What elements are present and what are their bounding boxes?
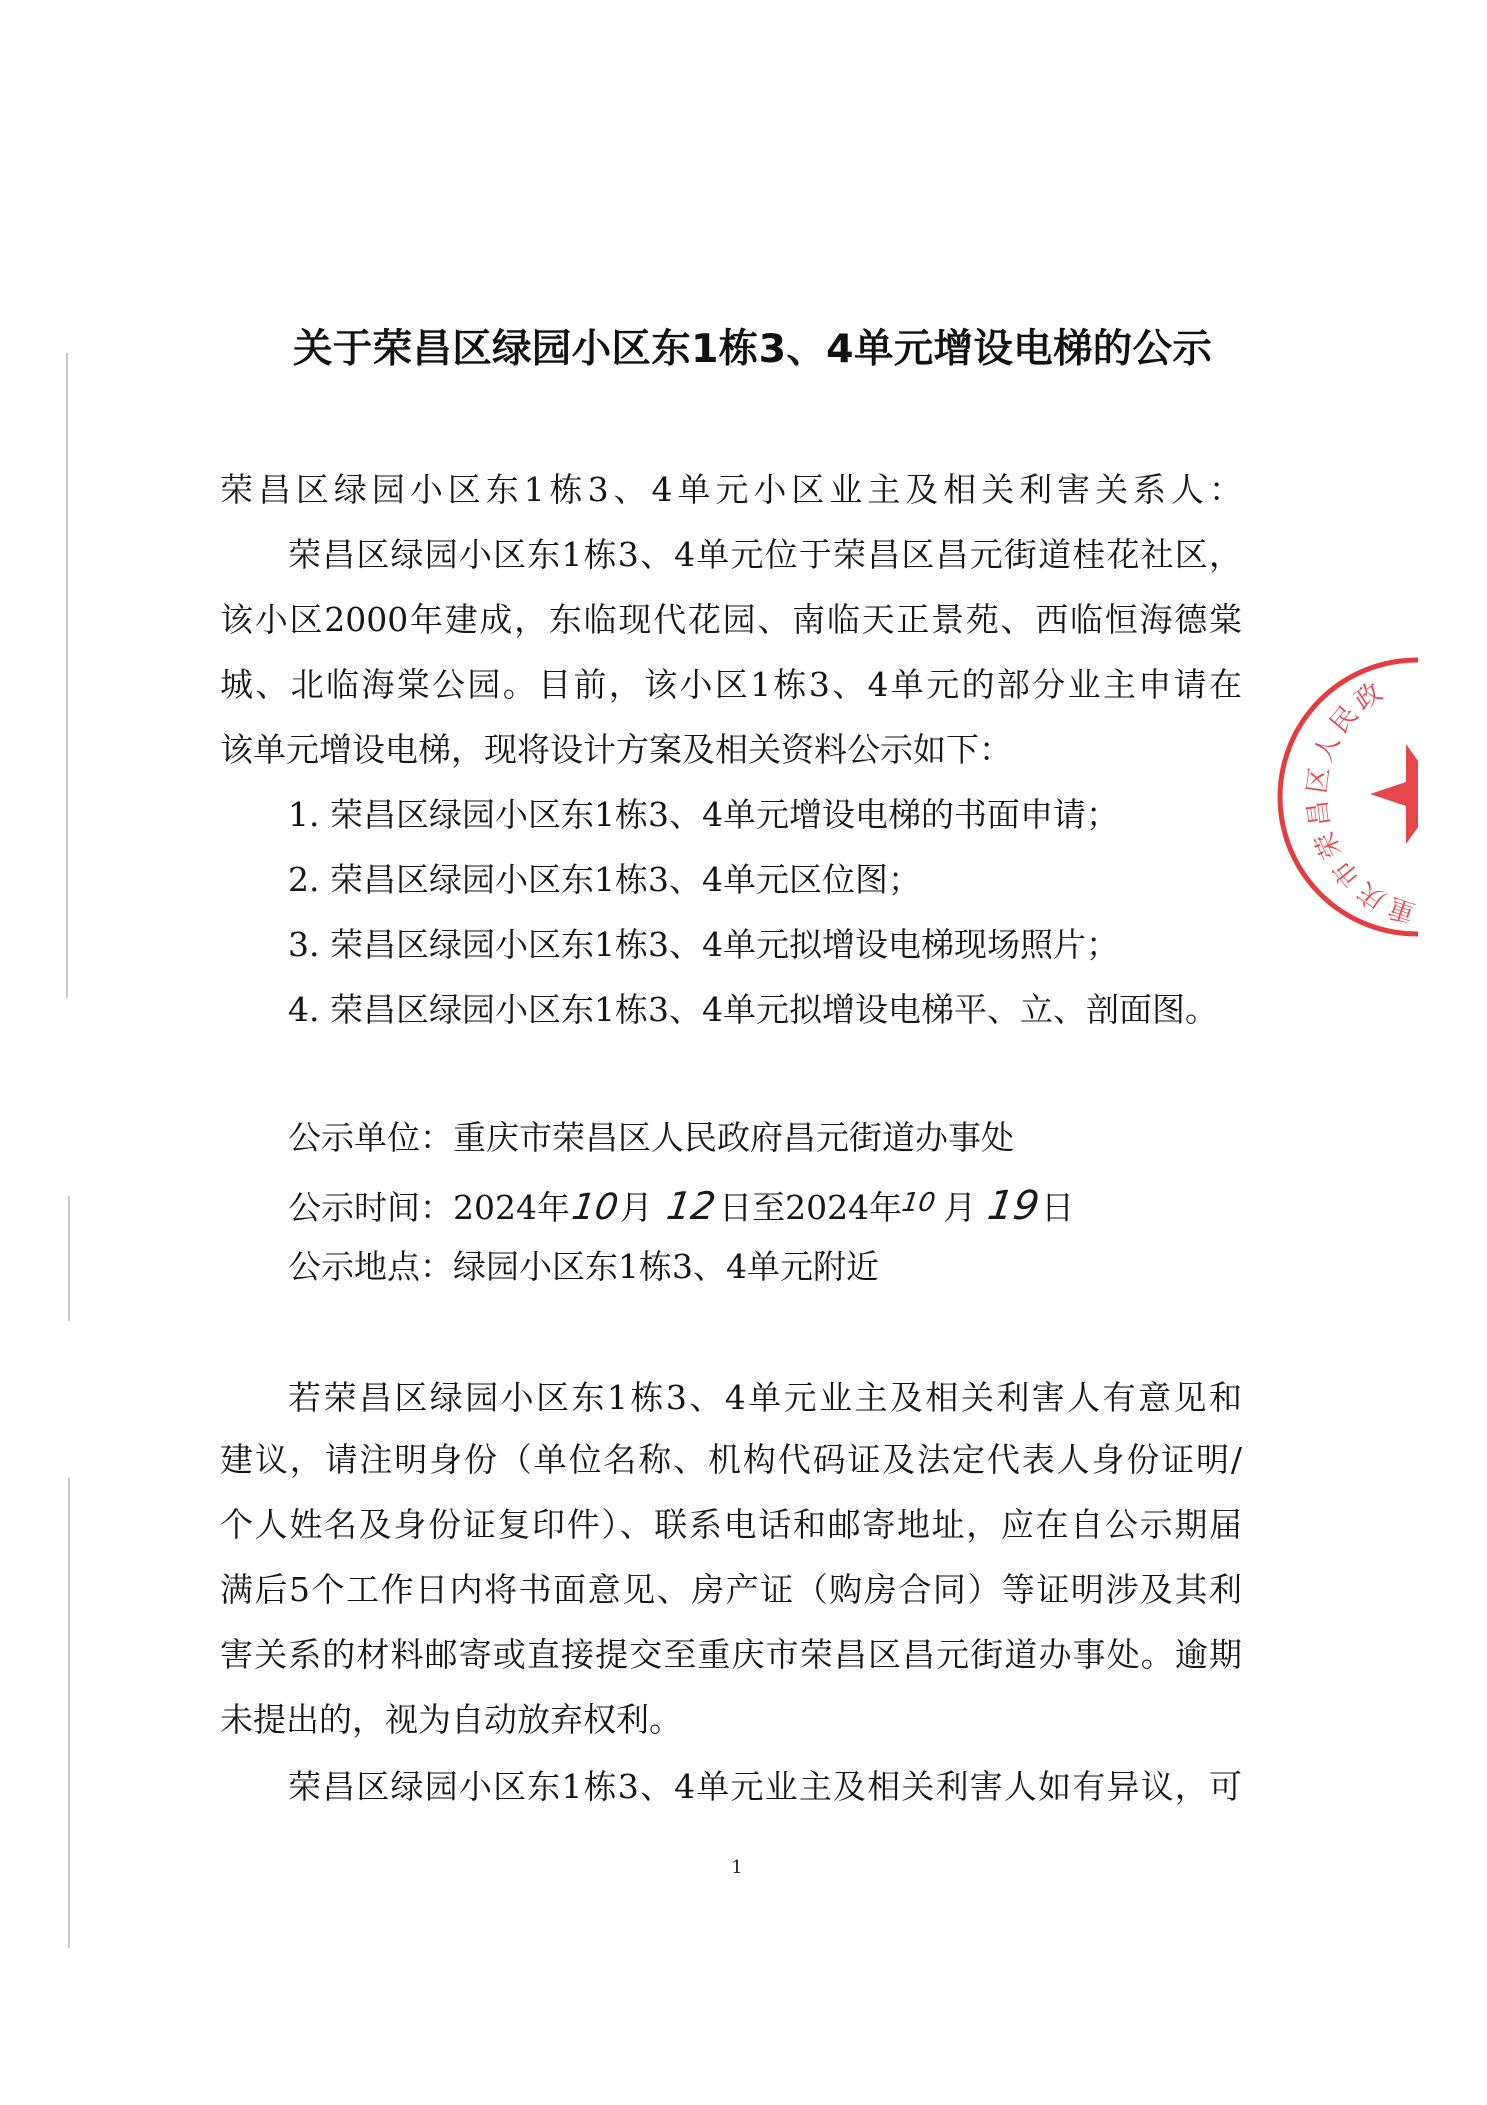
objection-line: 害关系的材料邮寄或直接提交至重庆市荣昌区昌元街道办事处。逾期 — [220, 1633, 1242, 1677]
notice-place-label: 公示地点： — [288, 1247, 453, 1286]
handwritten-end-day: 19 — [985, 1184, 1042, 1228]
handwritten-end-month: 10 — [899, 1181, 938, 1225]
list-item: 1. 荣昌区绿园小区东1栋3、4单元增设电梯的书面申请； — [288, 793, 1119, 837]
notice-place-value: 绿园小区东1栋3、4单元附近 — [453, 1247, 879, 1286]
notice-unit-label: 公示单位： — [288, 1118, 453, 1157]
scan-edge-line — [68, 1196, 70, 1321]
notice-unit-row: 公示单位：重庆市荣昌区人民政府昌元街道办事处 — [288, 1116, 1014, 1160]
scan-edge-line — [68, 1478, 70, 1948]
intro-line: 荣昌区绿园小区东1栋3、4单元位于荣昌区昌元街道桂花社区， — [288, 533, 1242, 577]
month-char: 月 — [943, 1188, 976, 1227]
to-char: 至 — [752, 1188, 785, 1227]
handwritten-start-day: 12 — [664, 1184, 719, 1228]
objection-line: 建议，请注明身份（单位名称、机构代码证及法定代表人身份证明/ — [220, 1438, 1242, 1482]
intro-line: 城、北临海棠公园。目前，该小区1栋3、4单元的部分业主申请在 — [220, 663, 1242, 707]
page-title: 关于荣昌区绿园小区东1栋3、4单元增设电梯的公示 — [293, 326, 1223, 372]
document-page: 关于荣昌区绿园小区东1栋3、4单元增设电梯的公示 荣昌区绿园小区东1栋3、4单元… — [0, 0, 1487, 2105]
final-line: 荣昌区绿园小区东1栋3、4单元业主及相关利害人如有异议，可 — [288, 1765, 1242, 1809]
seal-icon: 重庆市荣昌区人民政 — [1277, 655, 1418, 939]
day-char: 日 — [1041, 1188, 1074, 1227]
page-number: 1 — [730, 1856, 744, 1880]
month-char: 月 — [620, 1188, 653, 1227]
end-year: 2024年 — [785, 1188, 902, 1227]
notice-place-row: 公示地点：绿园小区东1栋3、4单元附近 — [288, 1245, 879, 1289]
notice-time-row: 公示时间：2024年10月12日至2024年10月19日 — [288, 1181, 1074, 1225]
day-char: 日 — [719, 1188, 752, 1227]
intro-line: 该小区2000年建成，东临现代花园、南临天正景苑、西临恒海德棠 — [220, 598, 1242, 642]
start-year: 2024年 — [453, 1188, 570, 1227]
notice-unit-value: 重庆市荣昌区人民政府昌元街道办事处 — [453, 1118, 1014, 1157]
objection-line: 个人姓名及身份证复印件）、联系电话和邮寄地址，应在自公示期届 — [220, 1503, 1242, 1547]
objection-line: 满后5个工作日内将书面意见、房产证（购房合同）等证明涉及其利 — [220, 1568, 1242, 1612]
salutation: 荣昌区绿园小区东1栋3、4单元小区业主及相关利害关系人： — [220, 468, 1242, 512]
intro-line: 该单元增设电梯，现将设计方案及相关资料公示如下： — [220, 728, 1012, 772]
objection-line: 未提出的，视为自动放弃权利。 — [220, 1698, 682, 1742]
scan-edge-line — [66, 353, 68, 998]
list-item: 4. 荣昌区绿园小区东1栋3、4单元拟增设电梯平、立、剖面图。 — [288, 988, 1218, 1032]
notice-time-label: 公示时间： — [288, 1188, 453, 1227]
handwritten-start-month: 10 — [569, 1186, 621, 1230]
objection-line: 若荣昌区绿园小区东1栋3、4单元业主及相关利害人有意见和 — [288, 1376, 1242, 1420]
official-seal-stamp: 重庆市荣昌区人民政 — [1277, 655, 1418, 939]
list-item: 2. 荣昌区绿园小区东1栋3、4单元区位图； — [288, 858, 921, 902]
list-item: 3. 荣昌区绿园小区东1栋3、4单元拟增设电梯现场照片； — [288, 923, 1119, 967]
